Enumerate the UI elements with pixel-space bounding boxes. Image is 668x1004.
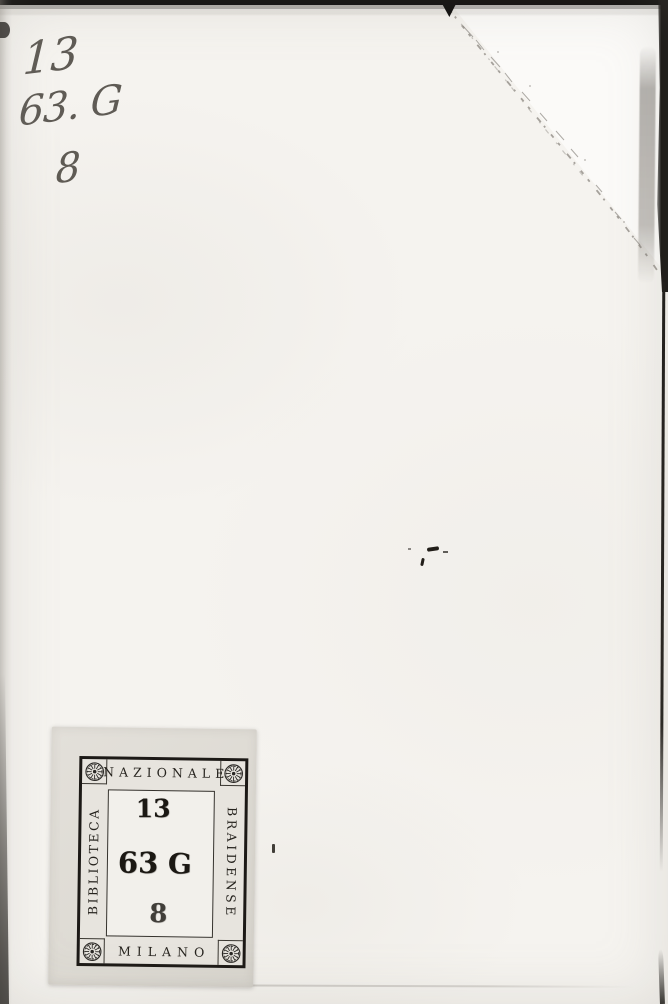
handwritten-line-1: 13	[22, 31, 80, 82]
ink-speck	[408, 548, 411, 550]
bookplate: NAZIONALE BIBLIOTECA BRAIDENSE MILANO 13…	[48, 727, 257, 988]
scan-edge-right-bottom	[658, 949, 665, 1004]
handwritten-line-3: 8	[55, 146, 81, 191]
stamp-number-row1: 13	[101, 796, 206, 821]
ink-speck	[272, 844, 275, 853]
ink-speck	[427, 546, 439, 552]
rosette-icon	[220, 942, 241, 963]
bookplate-word-bottom: MILANO	[105, 938, 218, 965]
stamp-number-row2-right: G	[167, 850, 192, 879]
ink-speck	[443, 551, 448, 553]
stamp-number-row2-left: 63	[118, 849, 159, 879]
rosette-icon	[84, 761, 105, 782]
bookplate-word-top: NAZIONALE	[107, 759, 220, 786]
bookplate-inner-frame: 13 63 G 8	[106, 789, 215, 937]
stamp-number-row3: 8	[149, 901, 167, 927]
ink-speck	[420, 558, 425, 566]
handwritten-line-2: 63. G	[18, 79, 123, 132]
rosette-icon	[81, 941, 102, 962]
scan-edge-top	[0, 0, 668, 16]
bookplate-frame: NAZIONALE BIBLIOTECA BRAIDENSE MILANO 13…	[76, 756, 248, 968]
fold-shadow-streak	[638, 46, 656, 284]
page-edge-line	[660, 282, 666, 872]
bookplate-corner	[80, 938, 105, 963]
bookplate-word-right: BRAIDENSE	[218, 786, 245, 940]
bookplate-corner	[217, 940, 242, 965]
scanned-book-page: 13 63. G 8	[0, 0, 668, 1004]
